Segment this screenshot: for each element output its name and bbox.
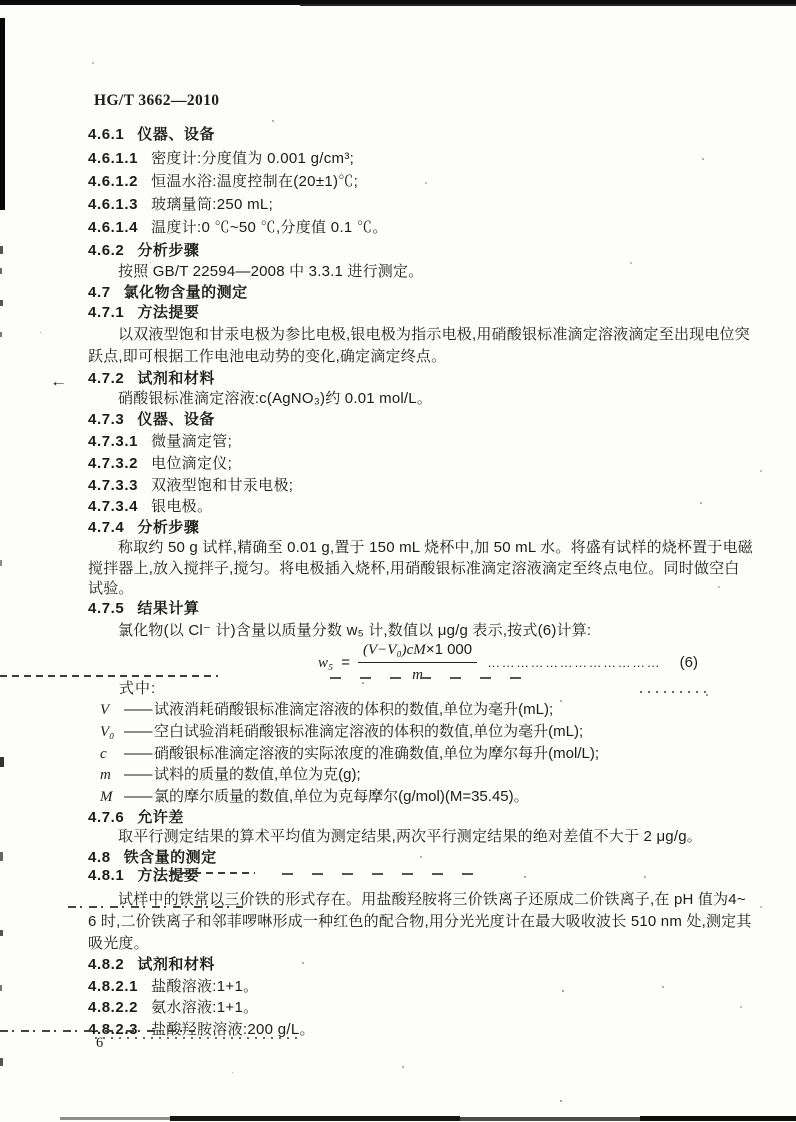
clause-text: 允许差 xyxy=(137,809,184,826)
scan-artifact-speck xyxy=(718,586,720,588)
scan-artifact-speck xyxy=(662,986,664,988)
scan-artifact-dash xyxy=(0,675,218,677)
clause-number: 4.7.3.3 xyxy=(88,477,138,494)
scan-artifact-speck xyxy=(150,262,151,263)
clause-heading: 4.8.1方法提要 xyxy=(88,866,199,886)
paragraph-text: 称取约 50 g 试样,精确至 0.01 g,置于 150 mL 烧杯中,加 5… xyxy=(118,539,753,556)
scan-artifact-bar xyxy=(0,930,3,936)
scan-artifact-bar xyxy=(0,18,5,210)
paragraph-text: 吸光度。 xyxy=(88,935,149,952)
definition-term: V xyxy=(100,700,124,720)
clause-item: 4.6.1.3玻璃量筒:250 mL; xyxy=(88,195,273,215)
clause-item: 4.8.2.1盐酸溶液:1+1。 xyxy=(88,977,258,997)
clause-number: 4.6.1 xyxy=(88,126,124,143)
scan-artifact-dash xyxy=(68,906,243,908)
clause-text: 仪器、设备 xyxy=(137,411,215,428)
scan-artifact-bar xyxy=(0,985,2,991)
definition-term: V₀ xyxy=(100,722,124,742)
numerator-variables: (V−V₀)cM xyxy=(363,642,426,658)
clause-number: 4.7.3 xyxy=(88,411,124,428)
scan-artifact-speck xyxy=(420,856,422,858)
clause-text: 银电极。 xyxy=(151,498,212,515)
clause-number: 4.7.5 xyxy=(88,600,124,617)
clause-text: 盐酸溶液:1+1。 xyxy=(151,978,258,995)
paragraph-line: 氯化物(以 Cl⁻ 计)含量以质量分数 w₅ 计,数值以 μg/g 表示,按式(… xyxy=(118,621,591,641)
definition-text: 氯的摩尔质量的数值,单位为克每摩尔(g/mol)(M=35.45)。 xyxy=(154,788,529,805)
clause-number: 4.7 xyxy=(88,284,111,301)
clause-number: 4.6.1.1 xyxy=(88,150,138,167)
clause-text: 仪器、设备 xyxy=(137,126,215,143)
clause-item: 4.7.3.3双液型饱和甘汞电极; xyxy=(88,476,293,496)
clause-item: 4.6.1.2恒温水浴:温度控制在(20±1)℃; xyxy=(88,172,358,192)
term-definition: V——试液消耗硝酸银标准滴定溶液的体积的数值,单位为毫升(mL); xyxy=(100,700,553,720)
scan-artifact-speck xyxy=(40,332,41,333)
clause-heading: 4.7.1方法提要 xyxy=(88,303,199,323)
scan-artifact-bar xyxy=(60,1117,170,1120)
scan-artifact-speck xyxy=(700,502,702,504)
scan-artifact-speck xyxy=(760,470,762,472)
definition-text: 硝酸银标准滴定溶液的实际浓度的准确数值,单位为摩尔每升(mol/L); xyxy=(154,745,599,762)
clause-text: 微量滴定管; xyxy=(151,433,232,450)
paragraph-line: 称取约 50 g 试样,精确至 0.01 g,置于 150 mL 烧杯中,加 5… xyxy=(118,538,753,558)
clause-text: 结果计算 xyxy=(137,600,199,617)
scan-artifact-speck xyxy=(735,330,737,332)
clause-item: 4.6.1.1密度计:分度值为 0.001 g/cm³; xyxy=(88,149,354,169)
scan-artifact-bar xyxy=(640,1116,796,1121)
clause-heading: 4.7.6允许差 xyxy=(88,808,184,828)
scan-artifact-speck xyxy=(706,694,708,696)
clause-number: 4.6.1.2 xyxy=(88,173,138,190)
scan-artifact-arrow: ← xyxy=(50,374,67,390)
paragraph-line: 跃点,即可根据工作电池电动势的变化,确定滴定终点。 xyxy=(88,347,446,367)
scan-artifact-bar xyxy=(0,268,2,274)
clause-text: 试剂和材料 xyxy=(137,956,215,973)
scan-artifact-speck xyxy=(524,876,526,878)
term-definition: M——氯的摩尔质量的数值,单位为克每摩尔(g/mol)(M=35.45)。 xyxy=(100,787,529,807)
definition-dash: —— xyxy=(124,766,151,783)
clause-text: 双液型饱和甘汞电极; xyxy=(151,477,293,494)
clause-number: 4.8.1 xyxy=(88,867,124,884)
paragraph-line: 搅拌器上,放入搅拌子,搅匀。将电极插入烧杯,用硝酸银标准滴定溶液滴定至终点电位。… xyxy=(88,559,740,579)
clause-heading: 4.7.3仪器、设备 xyxy=(88,410,215,430)
clause-number: 4.6.2 xyxy=(88,242,124,259)
term-definition: c——硝酸银标准滴定溶液的实际浓度的准确数值,单位为摩尔每升(mol/L); xyxy=(100,744,599,764)
paragraph-text: 取平行测定结果的算术平均值为测定结果,两次平行测定结果的绝对差值不大于 2 μg… xyxy=(118,828,702,845)
clause-number: 4.8.2.1 xyxy=(88,978,138,995)
document-page: HG/T 3662—2010 4.6.1仪器、设备4.6.1.1密度计:分度值为… xyxy=(0,0,796,1122)
scan-artifact-dash xyxy=(170,872,255,874)
scan-artifact-dash xyxy=(0,1030,195,1032)
scan-artifact-speck xyxy=(302,962,304,964)
numerator-constant: ×1 000 xyxy=(426,641,472,658)
paragraph-line: 以双液型饱和甘汞电极为参比电极,银电极为指示电极,用硝酸银标准滴定溶液滴定至出现… xyxy=(118,325,750,345)
paragraph-line: 硝酸银标准滴定溶液:c(AgNO₃)约 0.01 mol/L。 xyxy=(118,389,432,409)
clause-text: 玻璃量筒:250 mL; xyxy=(151,196,273,213)
clause-item: 4.7.3.1微量滴定管; xyxy=(88,432,232,452)
scan-artifact-bar xyxy=(0,560,2,566)
scan-artifact-dash xyxy=(330,677,535,679)
scan-artifact-bar xyxy=(0,1058,3,1066)
definition-text: 试液消耗硝酸银标准滴定溶液的体积的数值,单位为毫升(mL); xyxy=(154,701,553,718)
clause-text: 电位滴定仪; xyxy=(151,455,232,472)
paragraph-text: 试验。 xyxy=(88,580,134,597)
clause-heading: 4.7.5结果计算 xyxy=(88,599,199,619)
clause-heading: 4.8铁含量的测定 xyxy=(88,848,217,868)
scan-artifact-speck xyxy=(630,262,632,264)
scan-artifact-speck xyxy=(562,990,564,992)
formula-numerator: (V−V₀)cM×1 000 xyxy=(358,640,477,663)
scan-artifact-bar xyxy=(170,1116,460,1121)
clause-number: 4.7.3.1 xyxy=(88,433,138,450)
clause-number: 4.8 xyxy=(88,849,111,866)
clause-text: 温度计:0 ℃~50 ℃,分度值 0.1 ℃。 xyxy=(151,219,388,236)
clause-heading: 4.7氯化物含量的测定 xyxy=(88,283,248,303)
clause-item: 4.7.3.2电位滴定仪; xyxy=(88,454,232,474)
definition-dash: —— xyxy=(124,788,151,805)
clause-text: 方法提要 xyxy=(137,867,199,884)
paragraph-line: 吸光度。 xyxy=(88,934,149,954)
clause-heading: 4.6.2分析步骤 xyxy=(88,241,199,261)
scan-artifact-speck xyxy=(92,62,94,64)
paragraph-text: 搅拌器上,放入搅拌子,搅匀。将电极插入烧杯,用硝酸银标准滴定溶液滴定至终点电位。… xyxy=(88,560,740,577)
definition-term: M xyxy=(100,787,124,807)
clause-heading: 4.8.2试剂和材料 xyxy=(88,955,215,975)
clause-number: 4.7.6 xyxy=(88,809,124,826)
scan-artifact-speck xyxy=(402,1066,404,1068)
definition-dash: —— xyxy=(124,723,151,740)
clause-number: 4.6.1.3 xyxy=(88,196,138,213)
clause-item: 4.8.2.2氨水溶液:1+1。 xyxy=(88,998,258,1018)
scan-artifact-speck xyxy=(272,120,274,122)
scan-artifact-speck xyxy=(232,1072,233,1073)
scan-artifact-bar xyxy=(460,1117,640,1121)
definition-term: m xyxy=(100,765,124,785)
clause-text: 试剂和材料 xyxy=(137,370,215,387)
paragraph-text: 跃点,即可根据工作电池电动势的变化,确定滴定终点。 xyxy=(88,348,446,365)
formula-intro-label: 式中: xyxy=(119,679,156,699)
scan-artifact-speck xyxy=(362,682,364,684)
formula-equals: = xyxy=(341,653,350,673)
paragraph-line: 按照 GB/T 22594—2008 中 3.3.1 进行测定。 xyxy=(118,262,423,282)
definition-dash: —— xyxy=(124,701,151,718)
clause-item: 4.6.1.4温度计:0 ℃~50 ℃,分度值 0.1 ℃。 xyxy=(88,218,388,238)
scan-artifact-bar xyxy=(0,300,3,306)
paragraph-line: 取平行测定结果的算术平均值为测定结果,两次平行测定结果的绝对差值不大于 2 μg… xyxy=(118,827,702,847)
scan-artifact-speck xyxy=(560,1100,562,1102)
clause-number: 4.8.2.2 xyxy=(88,999,138,1016)
scan-artifact-speck xyxy=(425,182,427,184)
scan-artifact-bar xyxy=(0,332,2,337)
clause-number: 4.7.3.4 xyxy=(88,498,138,515)
clause-heading: 4.6.1仪器、设备 xyxy=(88,125,215,145)
scan-artifact-dash xyxy=(640,691,710,693)
formula-denominator: m xyxy=(412,663,423,685)
clause-number: 4.8.2 xyxy=(88,956,124,973)
term-definition: V₀——空白试验消耗硝酸银标准滴定溶液的体积的数值,单位为毫升(mL); xyxy=(100,722,583,742)
clause-number: 4.7.1 xyxy=(88,304,124,321)
paragraph-line: 试验。 xyxy=(88,579,134,599)
paragraph-text: 氯化物(以 Cl⁻ 计)含量以质量分数 w₅ 计,数值以 μg/g 表示,按式(… xyxy=(118,622,591,639)
term-definition: m——试料的质量的数值,单位为克(g); xyxy=(100,765,361,785)
standard-code-header: HG/T 3662—2010 xyxy=(94,92,219,110)
clause-number: 4.7.3.2 xyxy=(88,455,138,472)
paragraph-text: 按照 GB/T 22594—2008 中 3.3.1 进行测定。 xyxy=(118,263,423,280)
scan-artifact-bar xyxy=(0,757,4,767)
paragraph-text: 6 时,二价铁离子和邻菲啰啉形成一种红色的配合物,用分光光度计在最大吸收波长 5… xyxy=(88,913,752,930)
equation-number: (6) xyxy=(680,653,698,673)
scan-artifact-speck xyxy=(174,842,176,844)
paragraph-text: 硝酸银标准滴定溶液:c(AgNO₃)约 0.01 mol/L。 xyxy=(118,390,432,407)
clause-text: 恒温水浴:温度控制在(20±1)℃; xyxy=(151,173,358,190)
definition-text: 试料的质量的数值,单位为克(g); xyxy=(154,766,361,783)
paragraph-text: 以双液型饱和甘汞电极为参比电极,银电极为指示电极,用硝酸银标准滴定溶液滴定至出现… xyxy=(118,326,750,343)
definition-term: c xyxy=(100,744,124,764)
clause-item: 4.7.3.4银电极。 xyxy=(88,497,212,517)
scan-artifact-speck xyxy=(740,1006,742,1008)
clause-text: 方法提要 xyxy=(137,304,199,321)
dotted-leader: ……………………………… xyxy=(487,653,674,673)
clause-heading: 4.7.4分析步骤 xyxy=(88,518,199,538)
clause-number: 4.6.1.4 xyxy=(88,219,138,236)
scan-artifact-speck xyxy=(644,876,646,878)
clause-number: 4.7.4 xyxy=(88,519,124,536)
scan-artifact-speck xyxy=(702,158,704,160)
scan-artifact-speck xyxy=(560,700,562,702)
scan-artifact-speck xyxy=(760,906,762,908)
clause-text: 分析步骤 xyxy=(137,242,199,259)
scan-artifact-bar xyxy=(0,852,3,861)
paragraph-line: 6 时,二价铁离子和邻菲啰啉形成一种红色的配合物,用分光光度计在最大吸收波长 5… xyxy=(88,912,752,932)
definition-dash: —— xyxy=(124,745,151,762)
scan-artifact-dash xyxy=(95,1037,300,1039)
clause-text: 铁含量的测定 xyxy=(124,849,217,866)
clause-number: 4.7.2 xyxy=(88,370,124,387)
clause-text: 氨水溶液:1+1。 xyxy=(151,999,258,1016)
clause-text: 氯化物含量的测定 xyxy=(124,284,248,301)
formula-lhs: w₅ xyxy=(318,653,333,673)
scan-artifact-bar xyxy=(300,4,796,6)
definition-text: 空白试验消耗硝酸银标准滴定溶液的体积的数值,单位为毫升(mL); xyxy=(154,723,583,740)
scan-artifact-bar xyxy=(0,246,3,254)
clause-heading: 4.7.2试剂和材料 xyxy=(88,369,215,389)
paragraph-text: 式中: xyxy=(119,680,156,697)
clause-text: 密度计:分度值为 0.001 g/cm³; xyxy=(151,150,354,167)
clause-text: 分析步骤 xyxy=(137,519,199,536)
scan-artifact-dash xyxy=(282,873,477,875)
